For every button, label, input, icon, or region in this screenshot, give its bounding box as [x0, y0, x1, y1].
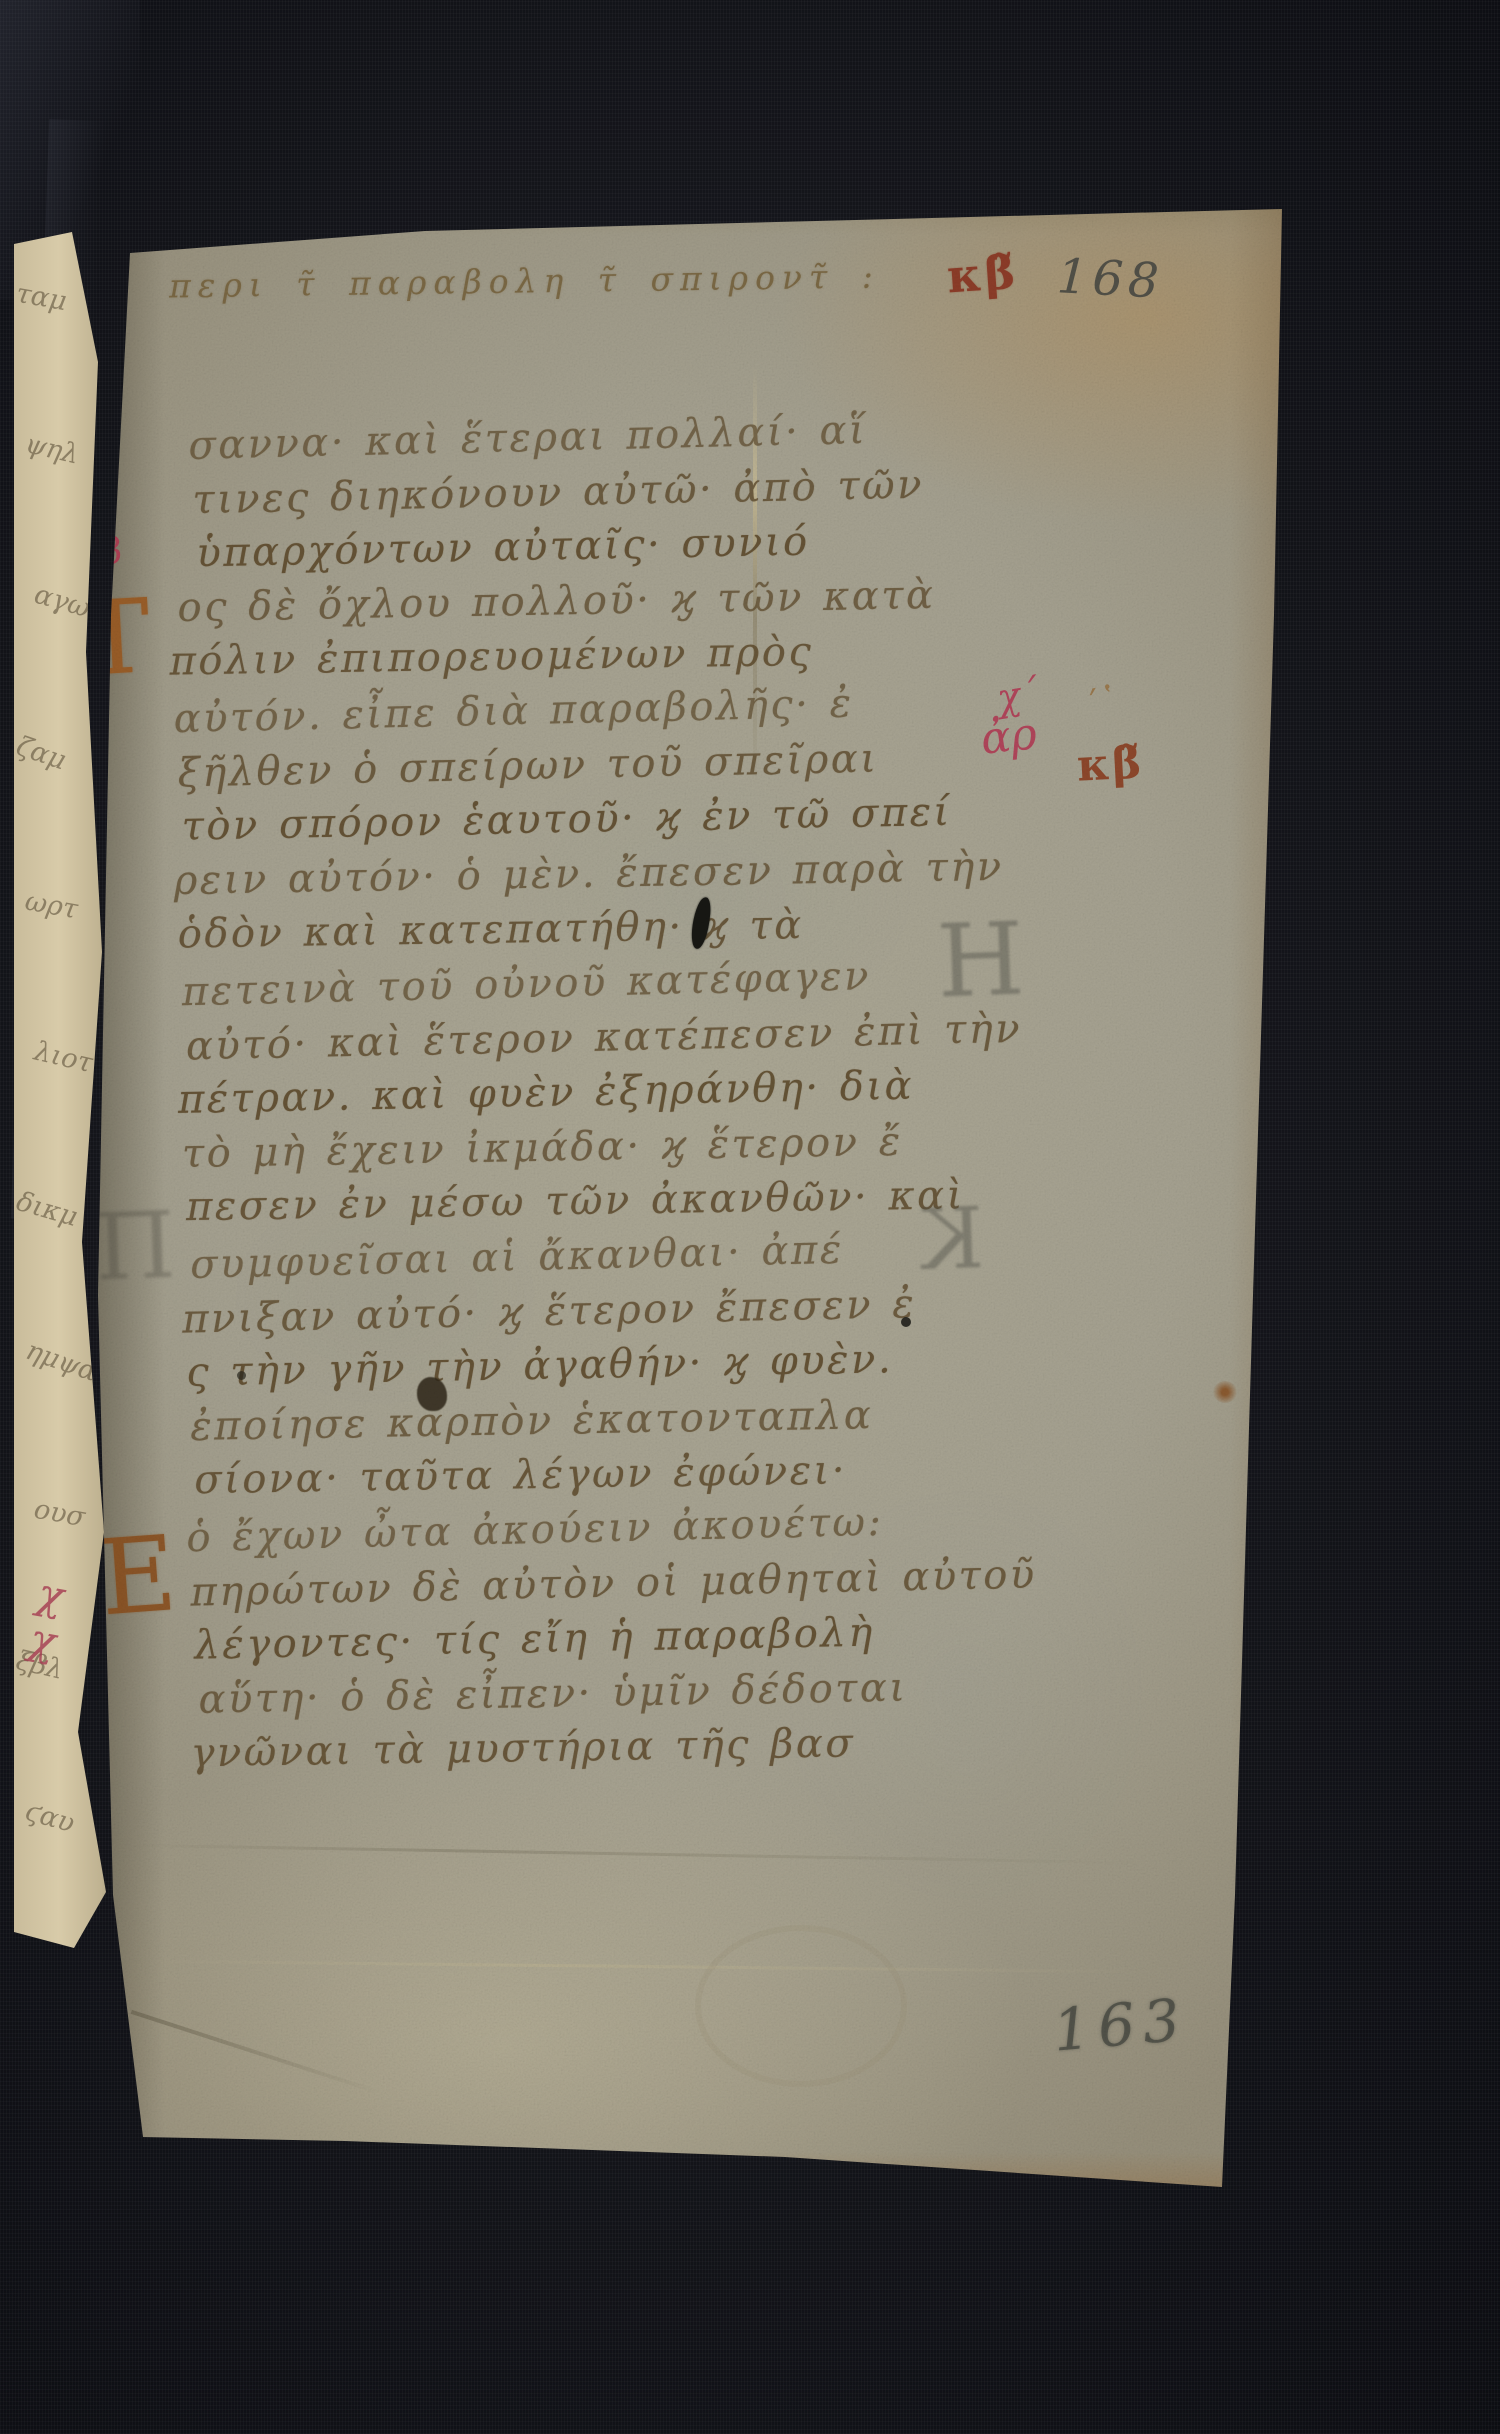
text-line: πέτραν. καὶ φυὲν ἐξηράνθη· διὰ	[178, 1063, 915, 1123]
text-line: ος δὲ ὄχλου πολλοῦ· ϗ τῶν κατὰ	[177, 572, 936, 631]
underleaf-text-fragment: ψηλ	[22, 428, 82, 470]
text-line: πετεινὰ τοῦ οὐνοῦ κατέφαγεν	[181, 953, 871, 1015]
underleaf-text-fragment: ωρτ	[23, 886, 80, 926]
underleaf-text-fragment: ημψα	[22, 1335, 101, 1388]
text-line: τὸν σπόρον ἑαυτοῦ· ϗ ἐν τῶ σπεί	[181, 789, 952, 850]
lection-mark-arche: ἀρ	[978, 708, 1039, 765]
text-line: σαννα· καὶ ἕτεραι πολλαί· αἵ	[188, 407, 868, 469]
manuscript-photo: ταμψηλαγωζαμωρτλιοτδικμημψαουσξβλϛαυ χ χ…	[0, 0, 1500, 2434]
offset-letter-pi: Π	[93, 1200, 176, 1295]
text-line: αὐτό· καὶ ἕτερον κατέπεσεν ἐπὶ τὴν	[185, 1005, 1022, 1069]
text-line: ρειν αὐτόν· ὁ μὲν. ἔπεσεν παρὰ τὴν	[173, 844, 1004, 904]
underleaf-text-fragment: ζαμ	[12, 731, 70, 777]
text-line: ς τὴν γῆν τὴν ἀγαθήν· ϗ φυὲν.	[186, 1336, 894, 1396]
text-line: τὸ μὴ ἔχειν ἰκμάδα· ϗ ἕτερον ἔ	[182, 1119, 903, 1177]
offset-letter-kappa: Κ	[920, 1196, 986, 1282]
underleaf-text-fragment: ουσ	[32, 1494, 88, 1533]
ink-smudge	[417, 1377, 447, 1411]
text-line: συμφυεῖσαι αἱ ἄκανθαι· ἀπέ	[190, 1227, 845, 1288]
rust-stain	[1213, 1381, 1237, 1403]
text-line: λέγοντες· τίς εἴη ἡ παραβολὴ	[194, 1610, 875, 1669]
underleaf-text-fragment: δικμ	[13, 1186, 81, 1233]
text-line: αὐτόν. εἶπε διὰ παραβολῆς· ἐ	[173, 680, 854, 742]
text-block: Τ Ε σαννα· καὶ ἕτεραι πολλαί· αἵτινες δι…	[66, 184, 1319, 2219]
dark-speck-2	[237, 1371, 246, 1380]
folio-number-pencil: 163	[1050, 1985, 1190, 2064]
enlarged-initial-epsilon: Ε	[96, 1521, 179, 1630]
text-line: ὑπαρχόντων αὐταῖς· συνιό	[196, 519, 810, 577]
text-line: πηρώτων δὲ αὐτὸν οἱ μαθηταὶ αὐτοῦ	[190, 1551, 1037, 1615]
text-line: πεσεν ἐν μέσω τῶν ἀκανθῶν· καὶ	[186, 1173, 965, 1231]
text-line: αὕτη· ὁ δὲ εἶπεν· ὑμῖν δέδοται	[198, 1665, 908, 1723]
text-line: ξῆλθεν ὁ σπείρων τοῦ σπεῖραι	[177, 735, 879, 796]
text-line: σίονα· ταῦτα λέγων ἐφώνει·	[194, 1448, 847, 1504]
manuscript-page: περι τ̃ παραβολη τ̃ σπιροντ̃ : κβ̃ 168 ς…	[85, 195, 1300, 2207]
text-line: γνῶναι τὰ μυστήρια τῆς βασ	[190, 1721, 855, 1777]
underleaf-text-fragment: λιοτ	[31, 1036, 95, 1079]
underleaf-text-fragment: ταμ	[14, 278, 69, 317]
text-line: ὁ ἔχων ὦτα ἀκούειν ἀκουέτω:	[186, 1499, 884, 1561]
underleaf-text-fragment: ϛαυ	[22, 1796, 78, 1840]
red-correction-marks: χ χ	[26, 1570, 67, 1665]
text-line: πνιξαν αὐτό· ϗ ἕτερον ἔπεσεν ἐ	[182, 1281, 917, 1343]
text-line: πόλιν ἐπιπορευομένων πρὸς	[169, 629, 813, 685]
text-line: τινες διηκόνουν αὐτῶ· ἀπὸ τῶν	[192, 461, 924, 523]
underleaf-text-fragment: αγω	[31, 579, 94, 624]
chapter-number-margin: κβ̃	[1076, 737, 1145, 791]
dark-speck	[901, 1317, 911, 1327]
offset-letter-eta: Η	[935, 910, 1026, 1013]
text-line: ἐποίησε καρπὸν ἑκατονταπλα	[190, 1392, 874, 1450]
